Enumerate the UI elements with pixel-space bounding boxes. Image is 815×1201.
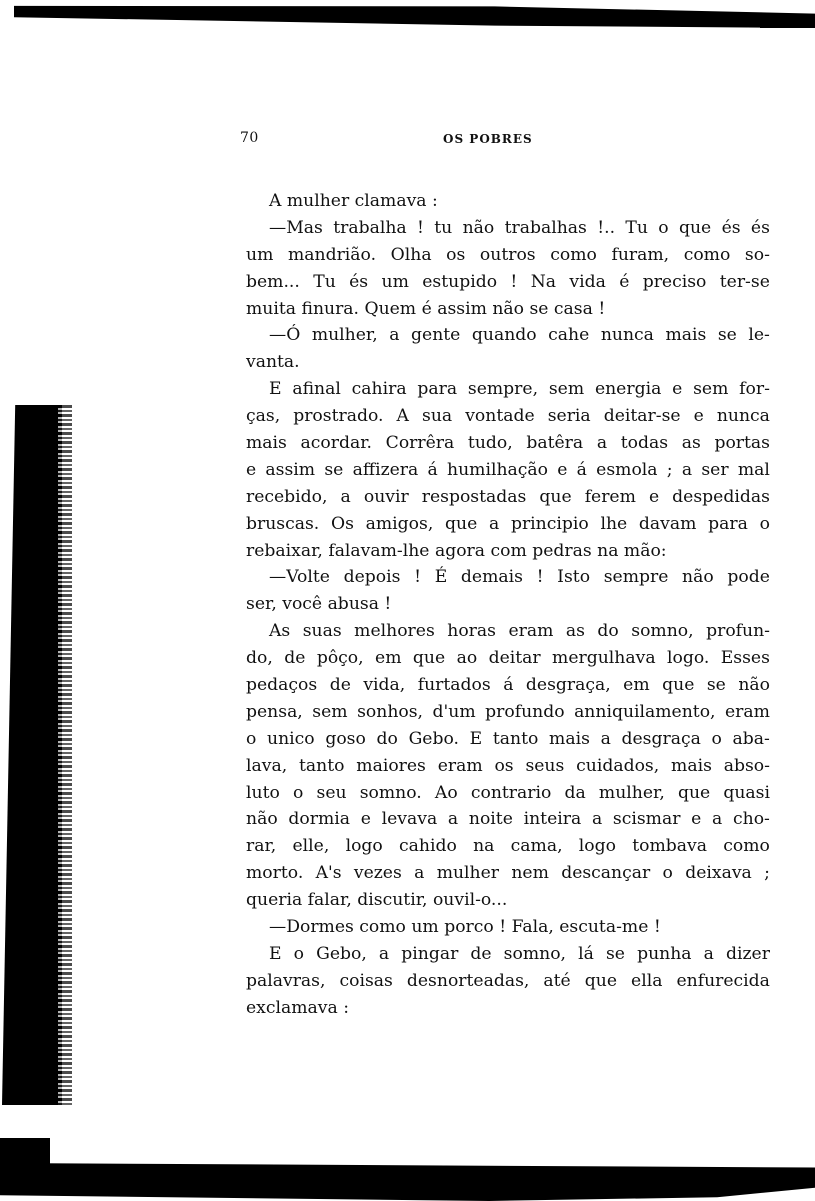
text-line: ças,prostrado.Asuavontadeseriadeitar-see…: [246, 403, 770, 430]
text-line: Assuasmelhoreshoraseramasdosomno,profun-: [246, 618, 770, 645]
text-line: morto.A'svezesamulhernemdescançarodeixav…: [246, 860, 770, 887]
page-number: 70: [240, 130, 259, 146]
text-line: rar,elle,logocahidonacama,logotombavacom…: [246, 833, 770, 860]
text-line: pensa,semsonhos,d'umprofundoanniquilamen…: [246, 699, 770, 726]
text-line: bruscas.Osamigos,queaprincipiolhedavampa…: [246, 511, 770, 538]
scan-border-left: [2, 405, 62, 1105]
text-line: ummandrião.Olhaosoutroscomofuram,comoso-: [246, 242, 770, 269]
text-line: —Mastrabalha!tunãotrabalhas!..Tuoqueésés: [246, 215, 770, 242]
text-line: muita finura. Quem é assim não se casa !: [246, 296, 770, 323]
scan-border-top-tail: [760, 24, 815, 28]
text-line: —Ómulher,agentequandocahenuncamaissele-: [246, 322, 770, 349]
text-line: —Voltedepois!Édemais!Istosemprenãopode: [246, 564, 770, 591]
running-title: OS POBRES: [443, 132, 533, 146]
scan-border-left-edge: [58, 405, 72, 1105]
scan-border-left-lower: [0, 1138, 50, 1166]
text-line: pedaçosdevida,furtadosádesgraça,emquesen…: [246, 672, 770, 699]
text-line: ounicogosodoGebo.Etantomaisadesgraçaoaba…: [246, 726, 770, 753]
text-line: palavras,coisasdesnorteadas,atéqueellaen…: [246, 968, 770, 995]
scan-border-bottom: [0, 1163, 815, 1201]
text-line: nãodormiaelevavaanoiteinteiraascismareac…: [246, 806, 770, 833]
text-line: bem...Tuésumestupido!Navidaéprecisoter-s…: [246, 269, 770, 296]
text-line: eassimseaffizeraáhumilhaçãoeáesmola;aser…: [246, 457, 770, 484]
text-line: ser, você abusa !: [246, 591, 770, 618]
text-line: exclamava :: [246, 995, 770, 1022]
text-line: lava,tantomaioreseramosseuscuidados,mais…: [246, 753, 770, 780]
text-line: A mulher clamava :: [246, 188, 770, 215]
text-line: vanta.: [246, 349, 770, 376]
text-line: recebido,aouvirrespostadasqueferemedespe…: [246, 484, 770, 511]
text-line: EoGebo,apingardesomno,lásepunhaadizer: [246, 941, 770, 968]
text-line: queria falar, discutir, ouvil-o...: [246, 887, 770, 914]
text-line: lutooseusomno.Aocontrariodamulher,quequa…: [246, 780, 770, 807]
scan-border-top: [14, 4, 815, 28]
text-line: —Dormes como um porco ! Fala, escuta-me …: [246, 914, 770, 941]
text-line: maisacordar.Corrêratudo,batêraatodasaspo…: [246, 430, 770, 457]
text-line: Eafinalcahiraparasempre,semenergiaesemfo…: [246, 376, 770, 403]
text-line: rebaixar, falavam-lhe agora com pedras n…: [246, 538, 770, 565]
body-text: A mulher clamava :—Mastrabalha!tunãotrab…: [246, 188, 770, 1022]
text-line: do,depôço,emqueaodeitarmergulhavalogo.Es…: [246, 645, 770, 672]
page-header: 70 OS POBRES: [240, 130, 770, 150]
